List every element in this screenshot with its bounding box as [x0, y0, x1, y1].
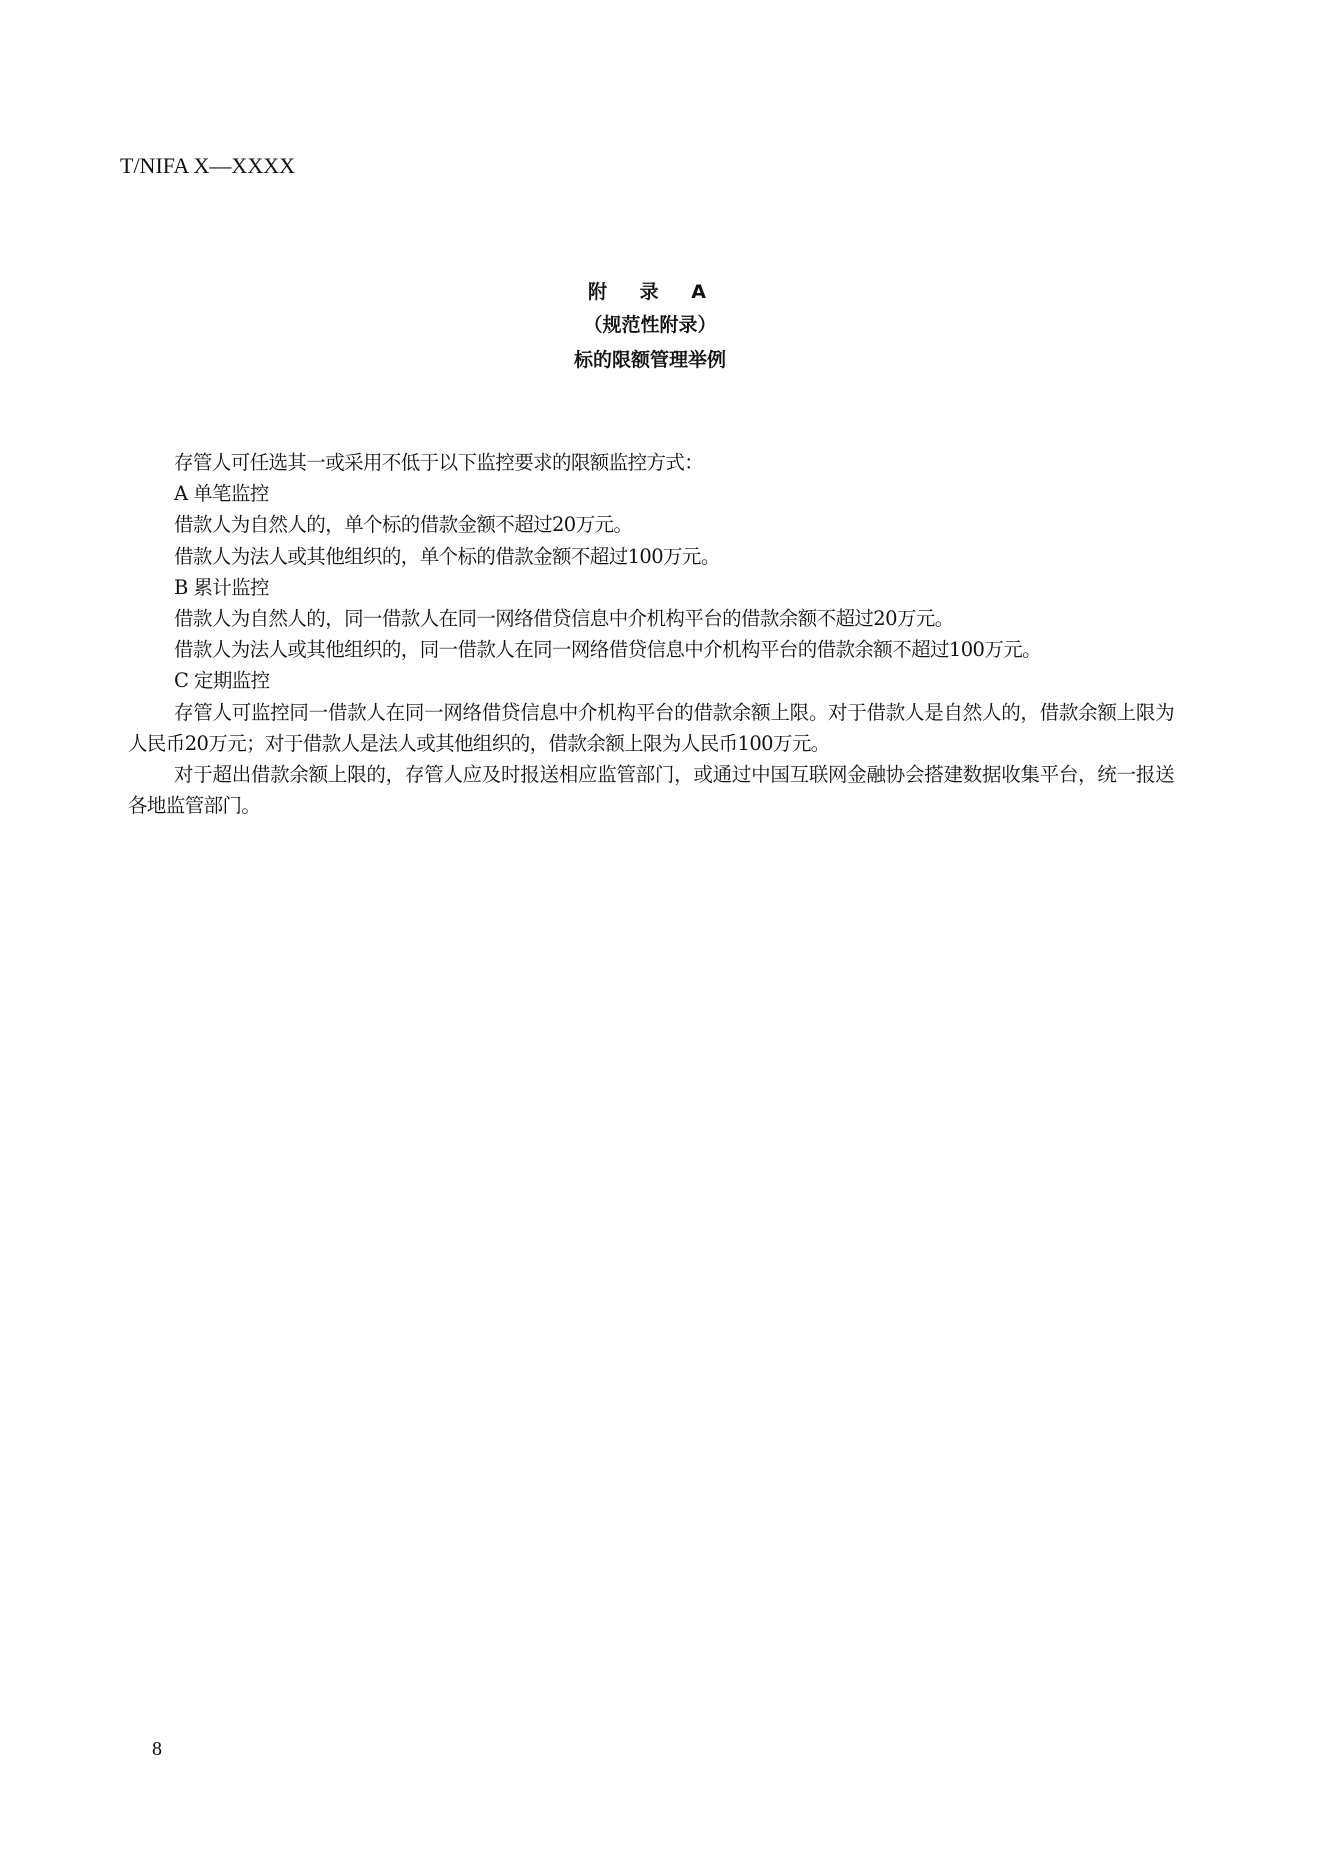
paragraph-a-natural-person: 借款人为自然人的，单个标的借款金额不超过20万元。	[128, 509, 1174, 540]
section-heading-c: C 定期监控	[128, 665, 1174, 696]
paragraph-c-reporting: 对于超出借款余额上限的，存管人应及时报送相应监管部门，或通过中国互联网金融协会搭…	[128, 759, 1174, 821]
appendix-label: 附 录 A	[128, 276, 1172, 308]
paragraph-b-legal-person: 借款人为法人或其他组织的，同一借款人在同一网络借贷信息中介机构平台的借款余额不超…	[128, 634, 1174, 665]
appendix-title-block: 附 录 A （规范性附录） 标的限额管理举例	[128, 276, 1172, 378]
paragraph-b-natural-person: 借款人为自然人的，同一借款人在同一网络借贷信息中介机构平台的借款余额不超过20万…	[128, 603, 1174, 634]
paragraph-c-balance-limit: 存管人可监控同一借款人在同一网络借贷信息中介机构平台的借款余额上限。对于借款人是…	[128, 697, 1174, 759]
paragraph-a-legal-person: 借款人为法人或其他组织的，单个标的借款金额不超过100万元。	[128, 541, 1174, 572]
appendix-body: 存管人可任选其一或采用不低于以下监控要求的限额监控方式： A 单笔监控 借款人为…	[128, 447, 1174, 821]
section-heading-a: A 单笔监控	[128, 478, 1174, 509]
appendix-type: （规范性附录）	[128, 308, 1172, 342]
section-heading-b: B 累计监控	[128, 572, 1174, 603]
intro-paragraph: 存管人可任选其一或采用不低于以下监控要求的限额监控方式：	[128, 447, 1174, 478]
page-number: 8	[152, 1736, 162, 1762]
appendix-title: 标的限额管理举例	[128, 342, 1172, 378]
document-code: T/NIFA X—XXXX	[120, 152, 295, 180]
